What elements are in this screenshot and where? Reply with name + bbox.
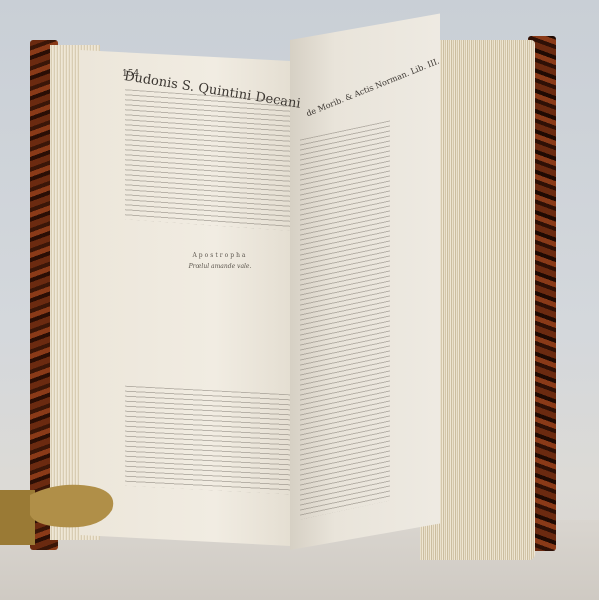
left-body-text bbox=[125, 89, 290, 231]
refrain-line: Prœlul amande vale. bbox=[160, 261, 280, 272]
poem: Apostropha Prœlul amande vale. bbox=[160, 250, 280, 272]
poem-heading: Apostropha bbox=[160, 250, 280, 261]
right-body-text bbox=[300, 120, 390, 519]
brass-hand-bookstand bbox=[0, 475, 120, 545]
left-body-text-lower bbox=[125, 386, 290, 495]
